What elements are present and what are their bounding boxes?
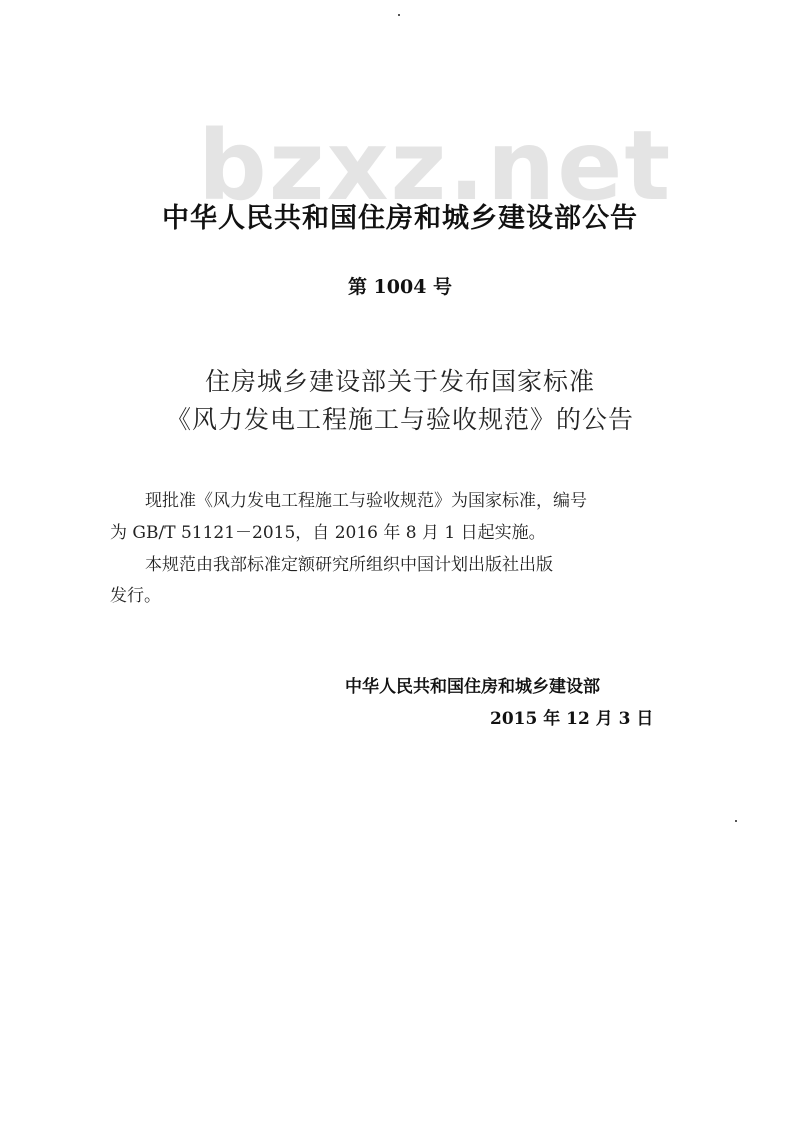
announcement-number: 第 1004 号 — [0, 272, 800, 299]
announcement-title: 中华人民共和国住房和城乡建设部公告 — [0, 196, 800, 235]
paragraph-1-line-2: 为 GB/T 51121－2015，自 2016 年 8 月 1 日起实施。 — [110, 525, 695, 542]
paragraph-2-line-2: 发行。 — [110, 588, 695, 605]
paragraph-2-line-1: 本规范由我部标准定额研究所组织中国计划出版社出版 — [145, 557, 730, 574]
subtitle-line-1: 住房城乡建设部关于发布国家标准 — [0, 362, 800, 398]
scan-speck — [735, 820, 737, 822]
subtitle-line-2: 《风力发电工程施工与验收规范》的公告 — [0, 400, 800, 436]
issue-date: 2015 年 12 月 3 日 — [490, 704, 653, 729]
scan-speck — [398, 14, 400, 16]
paragraph-1-line-1: 现批准《风力发电工程施工与验收规范》为国家标准，编号 — [145, 493, 730, 510]
issuing-authority: 中华人民共和国住房和城乡建设部 — [345, 672, 600, 697]
